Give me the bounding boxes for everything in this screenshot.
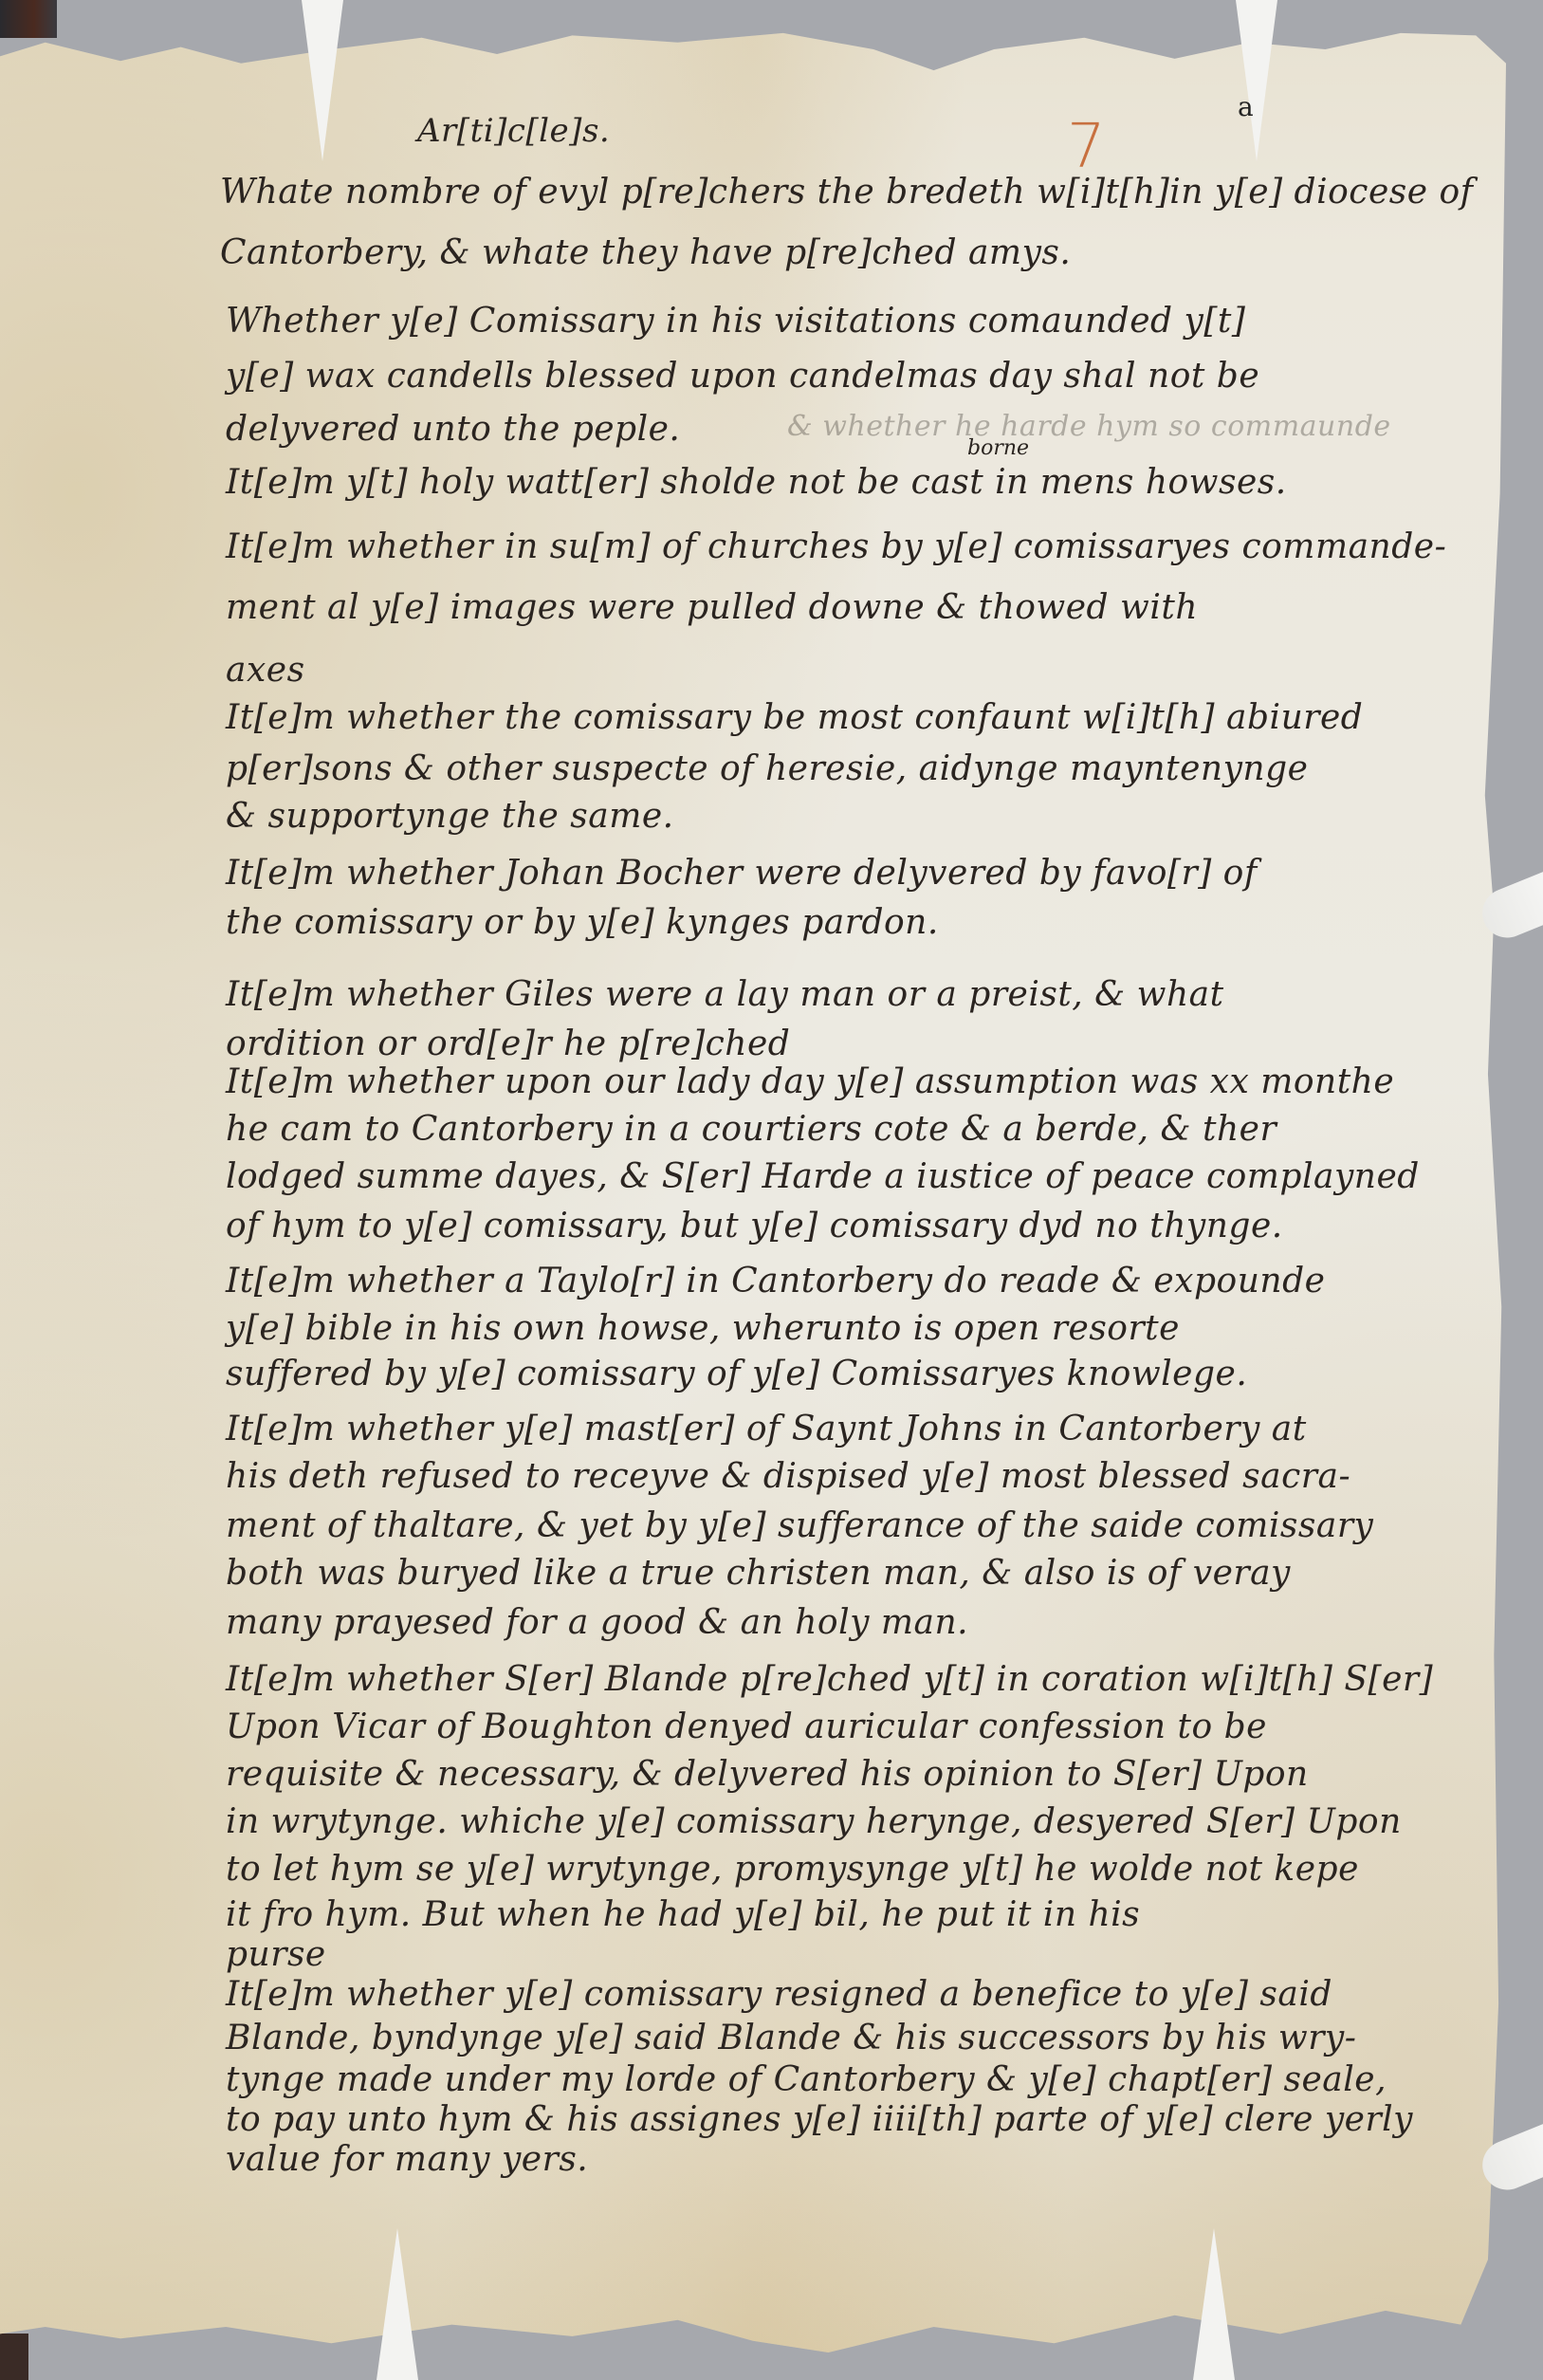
manuscript-line: requisite & necessary, & delyvered his o… [226,1755,1309,1794]
manuscript-line: Upon Vicar of Boughton denyed auricular … [226,1707,1267,1746]
mounting-clip-bottom-left [377,2228,418,2380]
mounting-clip-top-right [1236,0,1277,161]
manuscript-line: It[e]m whether upon our lady day y[e] as… [226,1062,1394,1101]
manuscript-line: It[e]m whether S[er] Blande p[re]ched y[… [226,1660,1433,1699]
manuscript-line: purse [226,1935,326,1974]
manuscript-line: It[e]m whether y[e] comissary resigned a… [226,1975,1332,2014]
manuscript-line: many prayesed for a good & an holy man. [226,1603,968,1642]
corner-mark: a [1238,91,1254,122]
manuscript-line: delyvered unto the peple. [226,410,680,449]
manuscript-line: he cam to Cantorbery in a courtiers cote… [226,1110,1277,1149]
background-dark-corner [0,0,57,38]
manuscript-line: his deth refused to receyve & dispised y… [226,1457,1350,1496]
manuscript-line: It[e]m whether in su[m] of churches by y… [226,527,1446,566]
manuscript-line: Blande, byndynge y[e] said Blande & his … [226,2019,1356,2057]
manuscript-line: value for many yers. [226,2140,588,2179]
manuscript-line: suffered by y[e] comissary of y[e] Comis… [226,1355,1247,1393]
manuscript-line: of hym to y[e] comissary, but y[e] comis… [226,1207,1283,1245]
manuscript-line: y[e] bible in his own howse, wherunto is… [226,1309,1180,1348]
manuscript-line: lodged summe dayes, & S[er] Harde a iust… [226,1157,1420,1196]
manuscript-line: It[e]m whether the comissary be most con… [226,698,1363,737]
manuscript-line: it fro hym. But when he had y[e] bil, he… [226,1895,1140,1934]
manuscript-line: to let hym se y[e] wrytynge, promysynge … [226,1850,1359,1889]
folio-number: 7 [1067,112,1106,182]
manuscript-line: to pay unto hym & his assignes y[e] iiii… [226,2100,1413,2139]
manuscript-line: It[e]m whether y[e] mast[er] of Saynt Jo… [226,1410,1307,1448]
manuscript-line: It[e]m whether Giles were a lay man or a… [226,975,1224,1014]
manuscript-line: both was buryed like a true christen man… [226,1554,1291,1593]
manuscript-line: the comissary or by y[e] kynges pardon. [226,903,939,942]
manuscript-line: It[e]m y[t] holy watt[er] sholde not be … [226,463,1287,502]
manuscript-line: Whate nombre of evyl p[re]chers the bred… [220,173,1473,212]
manuscript-line: ordition or ord[e]r he p[re]ched [226,1024,790,1063]
manuscript-line: tynge made under my lorde of Cantorbery … [226,2060,1387,2099]
background-dark-corner-bottom [0,2334,28,2380]
mounting-clip-bottom-right [1193,2228,1235,2380]
manuscript-line: in wrytynge. whiche y[e] comissary heryn… [226,1802,1402,1841]
manuscript-line: Whether y[e] Comissary in his visitation… [226,302,1245,341]
manuscript-line: It[e]m whether Johan Bocher were delyver… [226,854,1258,893]
manuscript-line: ment of thaltare, & yet by y[e] sufferan… [226,1506,1373,1545]
interlinear-addition: borne [967,436,1029,460]
manuscript-line: & supportynge the same. [226,797,674,836]
manuscript-line: axes [226,651,305,690]
manuscript-line: ment al y[e] images were pulled downe & … [226,588,1198,627]
mounting-clip-top-left [302,0,343,161]
manuscript-line: p[er]sons & other suspecte of heresie, a… [226,749,1308,788]
marginal-faint-text: & whether he harde hym so commaunde [787,410,1391,443]
document-heading: Ar[ti]c[le]s. [417,112,610,150]
manuscript-line: It[e]m whether a Taylo[r] in Cantorbery … [226,1262,1325,1301]
manuscript-line: Cantorbery, & whate they have p[re]ched … [220,233,1071,272]
manuscript-line: y[e] wax candells blessed upon candelmas… [226,357,1259,396]
